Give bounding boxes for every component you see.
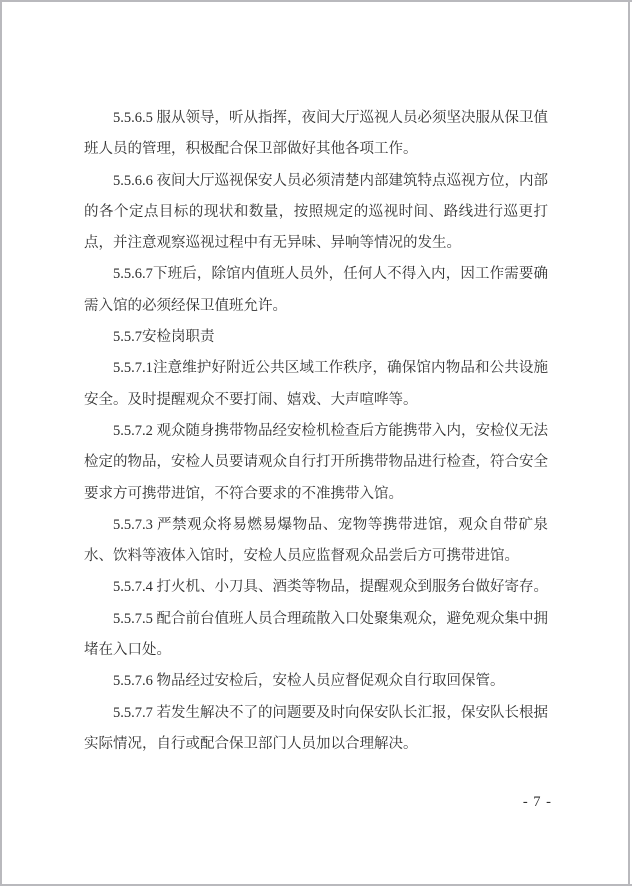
paragraph: 5.5.7.3 严禁观众将易燃易爆物品、宠物等携带进馆，观众自带矿泉水、饮料等液… — [84, 510, 548, 573]
section-heading: 5.5.7安检岗职责 — [84, 322, 548, 353]
paragraph: 5.5.7.4 打火机、小刀具、酒类等物品，提醒观众到服务台做好寄存。 — [84, 572, 548, 603]
paragraph: 5.5.7.7 若发生解决不了的问题要及时向保安队长汇报，保安队长根据实际情况，… — [84, 698, 548, 761]
document-viewer: 5.5.6.5 服从领导，听从指挥，夜间大厅巡视人员必须坚决服从保卫值班人员的管… — [0, 0, 632, 886]
paragraph: 5.5.6.5 服从领导，听从指挥，夜间大厅巡视人员必须坚决服从保卫值班人员的管… — [84, 103, 548, 166]
paragraph: 5.5.7.1注意维护好附近公共区域工作秩序，确保馆内物品和公共设施安全。及时提… — [84, 353, 548, 416]
page-edge-right — [628, 0, 630, 886]
document-body: 5.5.6.5 服从领导，听从指挥，夜间大厅巡视人员必须坚决服从保卫值班人员的管… — [84, 103, 548, 760]
paragraph: 5.5.7.6 物品经过安检后，安检人员应督促观众自行取回保管。 — [84, 666, 548, 697]
document-page: 5.5.6.5 服从领导，听从指挥，夜间大厅巡视人员必须坚决服从保卫值班人员的管… — [2, 2, 628, 884]
paragraph: 5.5.7.2 观众随身携带物品经安检机检查后方能携带入内，安检仪无法检定的物品… — [84, 416, 548, 510]
page-number: - 7 - — [523, 793, 552, 811]
paragraph: 5.5.6.7下班后，除馆内值班人员外，任何人不得入内，因工作需要确需入馆的必须… — [84, 259, 548, 322]
paragraph: 5.5.6.6 夜间大厅巡视保安人员必须清楚内部建筑特点巡视方位，内部的各个定点… — [84, 166, 548, 260]
paragraph: 5.5.7.5 配合前台值班人员合理疏散入口处聚集观众，避免观众集中拥堵在入口处… — [84, 604, 548, 667]
